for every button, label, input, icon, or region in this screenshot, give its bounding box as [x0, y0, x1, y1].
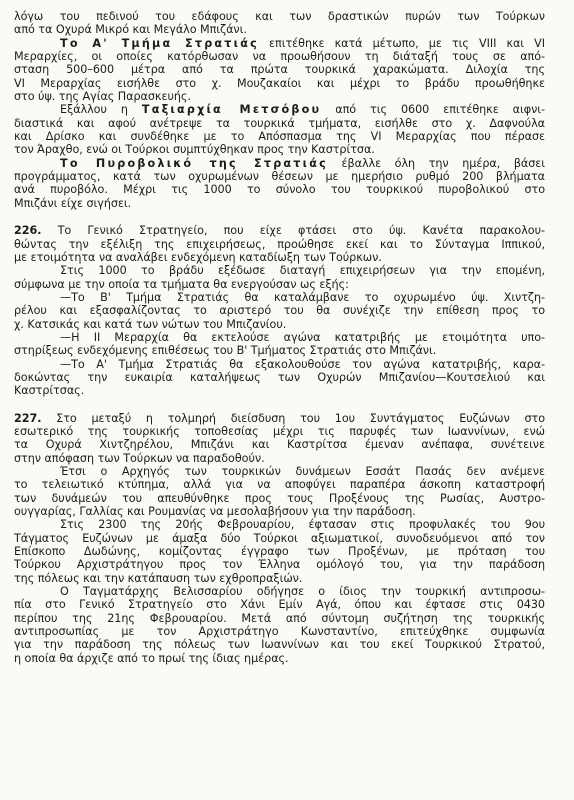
text-line: σύμφωνα με την οποία τα τμήματα θα ενεργ…: [14, 278, 545, 291]
line-text: για την παράδοση της πόλεως των Ιωαννίνω…: [14, 638, 545, 651]
paragraph: —Το Α' Τμήμα Στρατιάς θα εξακολουθούσε τ…: [14, 358, 545, 398]
line-text: χ. Κατσικάς και κατά των νώτων του Μπιζα…: [14, 318, 286, 331]
paragraph: Το Α' Τμήμα Στρατιάς επιτέθηκε κατά μέτω…: [14, 37, 545, 104]
text-line: για την παράδοση της πόλεως των Ιωαννίνω…: [14, 638, 545, 651]
line-text: Επίσκοπο Δωδώνης, κομίζοντας έγγραφο των…: [14, 545, 545, 558]
line-text: —Η ΙΙ Μεραρχία θα εκτελούσε αγώνα κατατρ…: [60, 331, 545, 344]
line-text: Έτσι ο Αρχηγός των τουρκικών δυνάμεων Εσ…: [60, 465, 545, 478]
line-text: Στο μεταξύ η τολμηρή διείσδυση του 1ου Σ…: [41, 412, 545, 425]
line-text: και Δρίσκο και συνδέθηκε με το Απόσπασμα…: [14, 130, 545, 143]
text-line: ανά πυροβόλο. Μέχρι τις 1000 το σύνολο τ…: [14, 183, 545, 196]
line-text: στηρίξεως ενδεχόμενης επιθέσεως του Β' Τ…: [14, 344, 436, 357]
text-line: στο ύψ. της Αγίας Παρασκευής.: [14, 90, 545, 103]
emphasized-unit-name: Το Α' Τμήμα Στρατιάς: [60, 37, 259, 50]
text-line: Επίσκοπο Δωδώνης, κομίζοντας έγγραφο των…: [14, 545, 545, 558]
text-line: δοκώντας την ευκαιρία καταλήψεως των Οχυ…: [14, 371, 545, 384]
text-line: διαστικά και αφού ανέτρεψε τα τουρκικά τ…: [14, 117, 545, 130]
text-line: 226. Το Γενικό Στρατηγείο, που είχε φτάσ…: [14, 224, 545, 237]
line-text: Στις 2300 της 20ής Φεβρουαρίου, έφτασαν …: [60, 518, 545, 531]
line-text: από τα Οχυρά Μικρό και Μεγάλο Μπιζάνι.: [14, 23, 247, 36]
emphasized-unit-name: Ταξιαρχία Μετσόβου: [142, 103, 321, 116]
line-text: από τις 0600 επιτέθηκε αιφνι-: [321, 103, 545, 116]
section-divider-space: [14, 210, 545, 224]
section-number: 227.: [14, 412, 41, 425]
text-line: η οποία θα άρχιζε από το πρωί της ίδιας …: [14, 652, 545, 665]
paragraph: Στις 1000 το βράδυ εξέδωσε διαταγή επιχε…: [14, 264, 545, 291]
text-line: με ετοιμότητα να αναλάβει ενδεχόμενη κατ…: [14, 251, 545, 264]
line-text: θώντας την εξέλιξη της επιχειρήσεως, προ…: [14, 238, 545, 251]
text-line: VI Μεραρχίας εισήλθε στο χ. Μουζακαίοι κ…: [14, 77, 545, 90]
line-text: των δυνάμεών του απευθύνθηκε προς τους Π…: [14, 492, 545, 505]
text-line: ρέλου και εξασφαλίζοντας το αριστερό του…: [14, 304, 545, 317]
line-text: σταση 500–600 μέτρα από τα πρώτα τουρκικ…: [14, 63, 545, 76]
line-text: Μεραρχίες, οι οποίες κατόρθωσαν να προωθ…: [14, 50, 545, 63]
text-line: θώντας την εξέλιξη της επιχειρήσεως, προ…: [14, 238, 545, 251]
line-text: ανά πυροβόλο. Μέχρι τις 1000 το σύνολο τ…: [14, 183, 545, 196]
text-line: λόγω του πεδινού του εδάφους και των δρα…: [14, 10, 545, 23]
section-number: 226.: [14, 224, 41, 237]
line-text: έβαλλε όλη την ημέρα, βάσει: [328, 157, 545, 170]
line-text: σύμφωνα με την οποία τα τμήματα θα ενεργ…: [14, 278, 349, 291]
paragraph: Εξάλλου η Ταξιαρχία Μετσόβου από τις 060…: [14, 103, 545, 156]
text-line: Το Πυροβολικό της Στρατιάς έβαλλε όλη τη…: [14, 157, 545, 170]
paragraph: —Η ΙΙ Μεραρχία θα εκτελούσε αγώνα κατατρ…: [14, 331, 545, 358]
line-text: ουγγαρίας, Γαλλίας και Ρουμανίας να μεσο…: [14, 505, 416, 518]
paragraph: λόγω του πεδινού του εδάφους και των δρα…: [14, 10, 545, 37]
line-text: το τελειωτικό κτύπημα, αλλά για να αποφύ…: [14, 478, 545, 491]
paragraph: Το Πυροβολικό της Στρατιάς έβαλλε όλη τη…: [14, 157, 545, 210]
line-text: λόγω του πεδινού του εδάφους και των δρα…: [14, 10, 545, 23]
line-text: προγράμματος, κατά των οχυρωμένων θέσεων…: [14, 170, 545, 183]
text-line: στην απόφαση των Τούρκων να παραδοθούν.: [14, 452, 545, 465]
text-line: 227. Στο μεταξύ η τολμηρή διείσδυση του …: [14, 412, 545, 425]
text-line: και Δρίσκο και συνδέθηκε με το Απόσπασμα…: [14, 130, 545, 143]
document-page: λόγω του πεδινού του εδάφους και των δρα…: [0, 0, 574, 800]
line-text: Τούρκου Αρχιστράτηγου προς τον Έλληνα ομ…: [14, 558, 545, 571]
text-line: της πόλεως και την κατάπαυση των εχθροπρ…: [14, 572, 545, 585]
text-line: Τάγματος Ευζώνων με άμαξα δύο Τούρκοι αξ…: [14, 532, 545, 545]
text-line: Καστρίτσας.: [14, 384, 545, 397]
text-line: σταση 500–600 μέτρα από τα πρώτα τουρκικ…: [14, 63, 545, 76]
text-line: —Η ΙΙ Μεραρχία θα εκτελούσε αγώνα κατατρ…: [14, 331, 545, 344]
text-line: Μπιζάνι είχε σιγήσει.: [14, 197, 545, 210]
line-text: Στις 1000 το βράδυ εξέδωσε διαταγή επιχε…: [60, 264, 545, 277]
line-text: —Το Β' Τμήμα Στρατιάς θα καταλάμβανε το …: [60, 291, 545, 304]
text-line: τα Οχυρά Χιντζηρέλου, Μπιζάνι και Καστρί…: [14, 438, 545, 451]
text-line: εσωτερικό της τουρκικής τοποθεσίας μέχρι…: [14, 425, 545, 438]
line-text: αντιπροσωπίας με τον Αρχιστράτηγο Κωνστα…: [14, 625, 545, 638]
line-text: Μπιζάνι είχε σιγήσει.: [14, 197, 131, 210]
line-text: διαστικά και αφού ανέτρεψε τα τουρκικά τ…: [14, 117, 545, 130]
paragraph: —Το Β' Τμήμα Στρατιάς θα καταλάμβανε το …: [14, 291, 545, 331]
emphasized-unit-name: Το Πυροβολικό της Στρατιάς: [60, 157, 328, 170]
line-text: επιτέθηκε κατά μέτωπο, με τις VIII και V…: [259, 37, 545, 50]
text-line: Τούρκου Αρχιστράτηγου προς τον Έλληνα ομ…: [14, 558, 545, 571]
line-text: με ετοιμότητα να αναλάβει ενδεχόμενη κατ…: [14, 251, 382, 264]
text-line: Εξάλλου η Ταξιαρχία Μετσόβου από τις 060…: [14, 103, 545, 116]
paragraph: Ο Ταγματάρχης Βελισσαρίου οδήγησε ο ίδιο…: [14, 585, 545, 665]
section-divider-space: [14, 398, 545, 412]
line-text: Ο Ταγματάρχης Βελισσαρίου οδήγησε ο ίδιο…: [60, 585, 545, 598]
paragraph: 227. Στο μεταξύ η τολμηρή διείσδυση του …: [14, 412, 545, 465]
text-line: τον Άραχθο, ενώ οι Τούρκοι συμπτύχθηκαν …: [14, 143, 545, 156]
text-line: Στις 1000 το βράδυ εξέδωσε διαταγή επιχε…: [14, 264, 545, 277]
text-line: στηρίξεως ενδεχόμενης επιθέσεως του Β' Τ…: [14, 344, 545, 357]
line-text: της πόλεως και την κατάπαυση των εχθροπρ…: [14, 572, 302, 585]
line-text: η οποία θα άρχιζε από το πρωί της ίδιας …: [14, 652, 289, 665]
line-text: Καστρίτσας.: [14, 384, 84, 397]
text-line: Στις 2300 της 20ής Φεβρουαρίου, έφτασαν …: [14, 518, 545, 531]
text-line: —Το Β' Τμήμα Στρατιάς θα καταλάμβανε το …: [14, 291, 545, 304]
text-line: αντιπροσωπίας με τον Αρχιστράτηγο Κωνστα…: [14, 625, 545, 638]
paragraph: 226. Το Γενικό Στρατηγείο, που είχε φτάσ…: [14, 224, 545, 264]
text-line: Το Α' Τμήμα Στρατιάς επιτέθηκε κατά μέτω…: [14, 37, 545, 50]
line-text: Εξάλλου η: [60, 103, 142, 116]
text-line: Μεραρχίες, οι οποίες κατόρθωσαν να προωθ…: [14, 50, 545, 63]
line-text: Το Γενικό Στρατηγείο, που είχε φτάσει στ…: [41, 224, 545, 237]
text-line: το τελειωτικό κτύπημα, αλλά για να αποφύ…: [14, 478, 545, 491]
line-text: Τάγματος Ευζώνων με άμαξα δύο Τούρκοι αξ…: [14, 532, 545, 545]
paragraph: Στις 2300 της 20ής Φεβρουαρίου, έφτασαν …: [14, 518, 545, 585]
line-text: περίπου της 21ης Φεβρουαρίου. Μετά από σ…: [14, 612, 545, 625]
line-text: στο ύψ. της Αγίας Παρασκευής.: [14, 90, 191, 103]
text-line: ουγγαρίας, Γαλλίας και Ρουμανίας να μεσο…: [14, 505, 545, 518]
paragraph: Έτσι ο Αρχηγός των τουρκικών δυνάμεων Εσ…: [14, 465, 545, 518]
line-text: VI Μεραρχίας εισήλθε στο χ. Μουζακαίοι κ…: [14, 77, 545, 90]
line-text: πία στο Γενικό Στρατηγείο στο Χάνι Εμίν …: [14, 598, 545, 611]
text-line: περίπου της 21ης Φεβρουαρίου. Μετά από σ…: [14, 612, 545, 625]
line-text: —Το Α' Τμήμα Στρατιάς θα εξακολουθούσε τ…: [60, 358, 545, 371]
line-text: στην απόφαση των Τούρκων να παραδοθούν.: [14, 452, 265, 465]
text-line: προγράμματος, κατά των οχυρωμένων θέσεων…: [14, 170, 545, 183]
text-line: —Το Α' Τμήμα Στρατιάς θα εξακολουθούσε τ…: [14, 358, 545, 371]
text-line: Ο Ταγματάρχης Βελισσαρίου οδήγησε ο ίδιο…: [14, 585, 545, 598]
text-line: χ. Κατσικάς και κατά των νώτων του Μπιζα…: [14, 318, 545, 331]
text-line: πία στο Γενικό Στρατηγείο στο Χάνι Εμίν …: [14, 598, 545, 611]
text-line: από τα Οχυρά Μικρό και Μεγάλο Μπιζάνι.: [14, 23, 545, 36]
line-text: ρέλου και εξασφαλίζοντας το αριστερό του…: [14, 304, 545, 317]
line-text: τα Οχυρά Χιντζηρέλου, Μπιζάνι και Καστρί…: [14, 438, 545, 451]
line-text: εσωτερικό της τουρκικής τοποθεσίας μέχρι…: [14, 425, 545, 438]
text-line: Έτσι ο Αρχηγός των τουρκικών δυνάμεων Εσ…: [14, 465, 545, 478]
line-text: τον Άραχθο, ενώ οι Τούρκοι συμπτύχθηκαν …: [14, 143, 375, 156]
line-text: δοκώντας την ευκαιρία καταλήψεως των Οχυ…: [14, 371, 545, 384]
text-line: των δυνάμεών του απευθύνθηκε προς τους Π…: [14, 492, 545, 505]
